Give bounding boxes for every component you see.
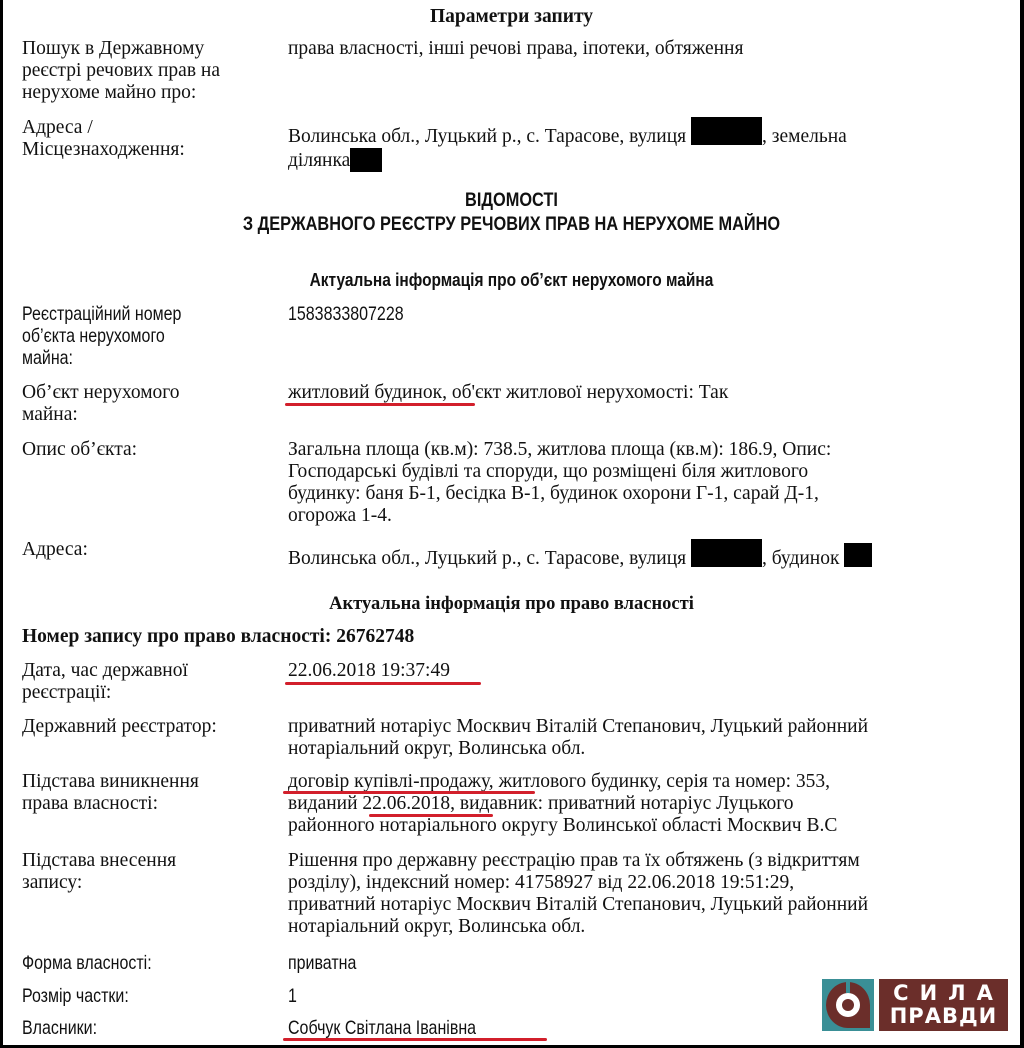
object-type-highlight: житловий будинок (288, 382, 442, 403)
entry-basis-label: Підстава внесення запису: (22, 850, 176, 894)
sila-pravdy-logo: СИЛА ПРАВДИ (822, 979, 1008, 1031)
search-label: Пошук в Державному реєстрі речових прав … (22, 38, 220, 104)
reg-date-label: Дата, час державної реєстрації: (22, 660, 188, 704)
owners-label: Власники: (22, 1017, 97, 1039)
registrar-label: Державний реєстратор: (22, 716, 217, 738)
basis-value: договір купівлі-продажу, житлового будин… (288, 771, 837, 837)
ownership-section-heading: Актуальна інформація про право власності (3, 594, 1020, 615)
reg-number-value: 1583833807228 (288, 303, 404, 325)
object-address-value: Волинська обл., Луцький р., с. Тарасове,… (288, 539, 872, 570)
record-number: Номер запису про право власності: 267627… (22, 626, 414, 648)
logo-wordmark: СИЛА ПРАВДИ (879, 979, 1008, 1031)
description-value: Загальна площа (кв.м): 738.5, житлова пл… (288, 439, 831, 527)
object-address-label: Адреса: (22, 539, 88, 561)
object-section-heading: Актуальна інформація про об’єкт нерухомо… (74, 270, 949, 291)
address-label: Адреса / Місцезнаходження: (22, 117, 185, 161)
share-label: Розмір частки: (22, 985, 129, 1007)
document-title-line2: З ДЕРЖАВНОГО РЕЄСТРУ РЕЧОВИХ ПРАВ НА НЕР… (74, 214, 949, 236)
redacted-street (691, 117, 762, 145)
share-value: 1 (288, 985, 297, 1007)
red-underline (283, 791, 535, 794)
redacted-plot-number (350, 148, 382, 172)
red-underline (283, 1038, 547, 1041)
contract-type-highlight: договір купівлі-продажу, (288, 771, 494, 792)
redacted-house-number (844, 543, 872, 567)
basis-label: Підстава виникнення права власності: (22, 771, 199, 815)
search-value: права власності, інші речові права, іпот… (288, 38, 743, 60)
redacted-street (691, 539, 762, 567)
logo-mark-icon (822, 979, 874, 1031)
description-label: Опис об’єкта: (22, 439, 137, 461)
red-underline (285, 403, 475, 406)
object-value: житловий будинок, об'єкт житлової нерухо… (288, 382, 728, 404)
contract-date-highlight: 22.06.2018, (362, 793, 455, 814)
owners-value: Собчук Світлана Іванівна (288, 1017, 476, 1039)
red-underline (369, 814, 493, 817)
red-underline (285, 682, 481, 685)
query-params-heading: Параметри запиту (3, 6, 1020, 28)
reg-number-label: Реєстраційний номер об’єкта нерухомого м… (22, 303, 181, 369)
ownership-form-value: приватна (288, 952, 356, 974)
entry-basis-value: Рішення про державну реєстрацію прав та … (288, 850, 868, 938)
registrar-value: приватний нотаріус Москвич Віталій Степа… (288, 716, 868, 760)
document-title-line1: ВІДОМОСТІ (74, 190, 949, 212)
query-address-value: Волинська обл., Луцький р., с. Тарасове,… (288, 117, 847, 172)
object-label: Об’єкт нерухомого майна: (22, 382, 180, 426)
reg-date-value: 22.06.2018 19:37:49 (288, 660, 450, 682)
ownership-form-label: Форма власності: (22, 952, 152, 974)
registry-extract-page: Параметри запиту Пошук в Державному реєс… (3, 0, 1020, 1045)
